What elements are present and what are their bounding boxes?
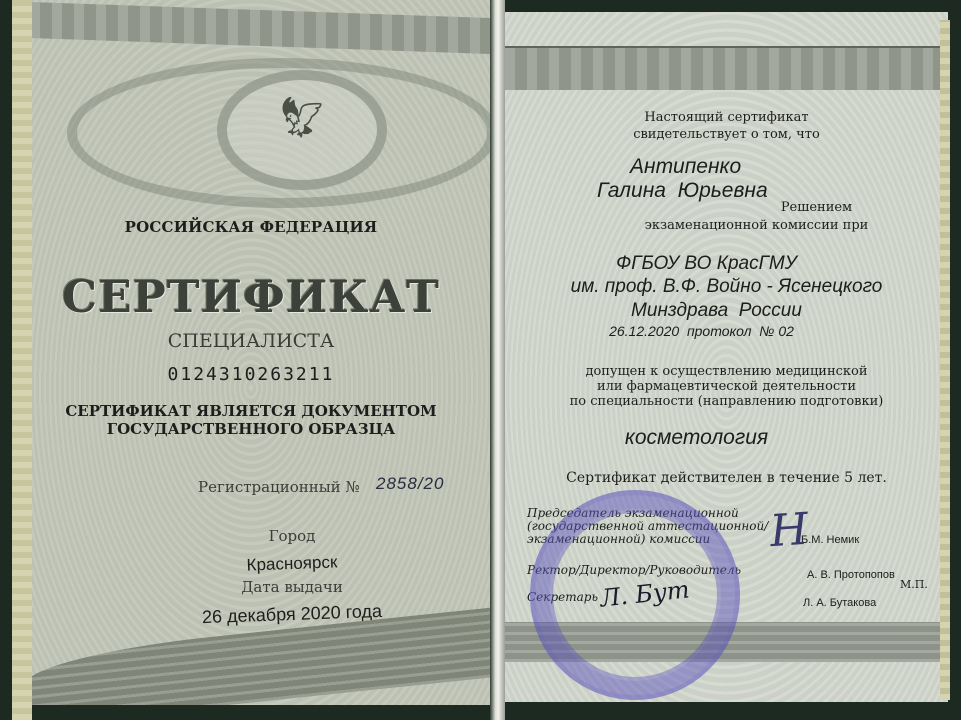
certificate-subtitle: СПЕЦИАЛИСТА — [12, 330, 490, 352]
decision-line1: Решением — [595, 200, 948, 215]
state-doc-line2: ГОСУДАРСТВЕННОГО ОБРАЗЦА — [12, 420, 490, 438]
admitted-line1: допущен к осуществлению медицинской — [505, 364, 948, 379]
intro-line1: Настоящий сертификат — [505, 110, 948, 125]
specialty: косметология — [505, 426, 918, 450]
serial-number: 0124310263211 — [12, 364, 490, 385]
country-name: РОССИЙСКАЯ ФЕДЕРАЦИЯ — [12, 218, 490, 236]
rector-name: А. В. Протопопов — [807, 569, 895, 581]
chair-signature: Н — [768, 504, 810, 558]
left-edge-microtext — [12, 0, 32, 720]
institution-line3: Минздрава России — [505, 300, 938, 322]
admitted-line3: по специальности (направлению подготовки… — [505, 394, 948, 409]
book-spine — [490, 0, 505, 720]
secretary-name: Л. А. Бутакова — [803, 597, 876, 609]
certificate-title: СЕРТИФИКАТ — [12, 272, 490, 323]
protocol: 26.12.2020 протокол № 02 — [505, 323, 923, 339]
institution-line2: им. проф. В.Ф. Войно - Ясенецкого — [505, 276, 948, 298]
admitted-line2: или фармацевтической деятельности — [505, 379, 948, 394]
seal-place-mark: М.П. — [900, 578, 928, 591]
state-doc-line1: СЕРТИФИКАТ ЯВЛЯЕТСЯ ДОКУМЕНТОМ — [12, 402, 490, 420]
emblem-oval: 🦅︎ — [217, 70, 387, 190]
left-page: 🦅︎ РОССИЙСКАЯ ФЕДЕРАЦИЯ СЕРТИФИКАТ СПЕЦИ… — [12, 0, 490, 705]
intro-line2: свидетельствует о том, что — [505, 127, 948, 142]
guilloche-band-top — [505, 46, 948, 90]
validity: Сертификат действителен в течение 5 лет. — [505, 470, 948, 486]
right-edge-microtext — [940, 20, 950, 700]
issue-date-label: Дата выдачи — [12, 578, 490, 596]
decision-line2: экзаменационной комиссии при — [535, 218, 948, 233]
coat-of-arms-icon: 🦅︎ — [227, 98, 377, 138]
institution-line1: ФГБОУ ВО КрасГМУ — [505, 253, 928, 275]
chair-name: Б.М. Немик — [801, 534, 859, 546]
registration-number: 2858/20 — [376, 474, 444, 494]
guilloche-band-top — [30, 2, 490, 54]
registration-label: Регистрационный № — [198, 478, 360, 496]
holder-surname: Антипенко — [630, 155, 741, 179]
city-label: Город — [12, 527, 490, 545]
